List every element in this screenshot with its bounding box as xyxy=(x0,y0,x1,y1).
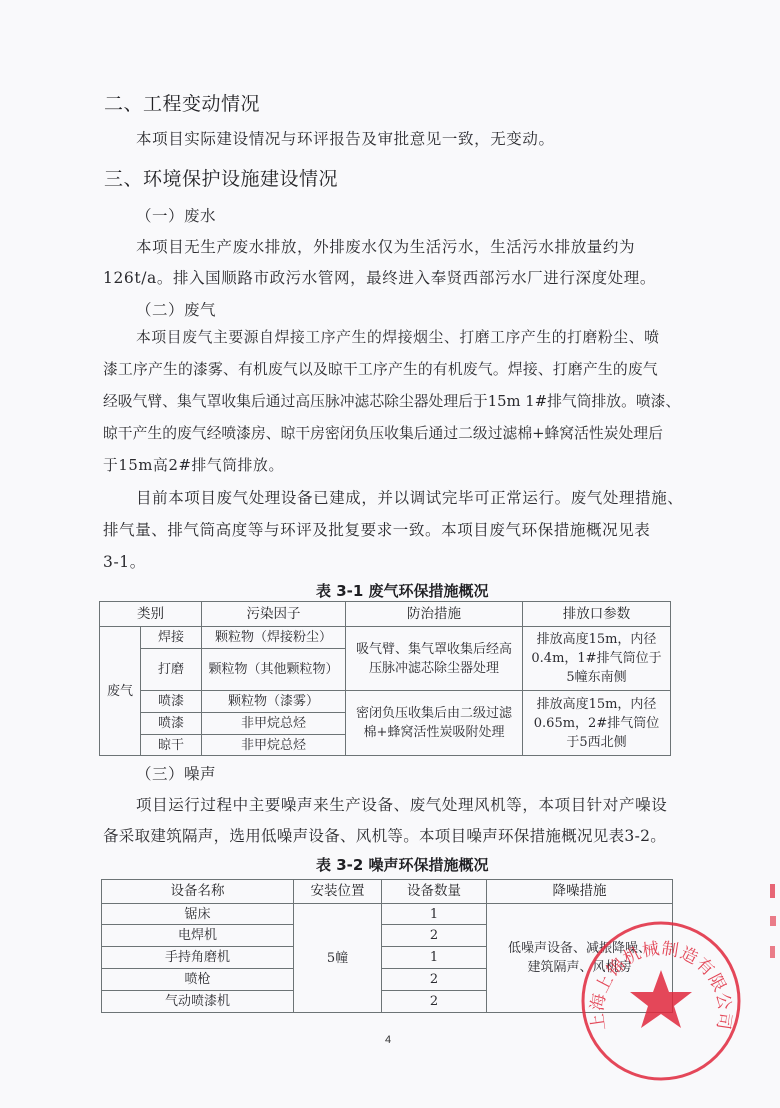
waste-gas-p1-line-3: 经吸气臂、集气罩收集后通过高压脉冲滤芯除尘器处理后于15m 1#排气筒排放。喷漆… xyxy=(103,390,680,411)
waste-gas-subheading: （二）废气 xyxy=(136,298,216,320)
process-cell: 喷漆 xyxy=(141,713,202,735)
process-cell: 喷漆 xyxy=(141,691,202,713)
waste-gas-p1-line-1: 本项目废气主要源自焊接工序产生的焊接烟尘、打磨工序产生的打磨粉尘、喷 xyxy=(136,326,660,347)
equipment-cell: 喷枪 xyxy=(102,969,294,991)
waste-gas-p1-line-2: 漆工序产生的漆雾、有机废气以及晾干工序产生的有机废气。焊接、打磨产生的废气 xyxy=(103,358,658,379)
process-cell: 焊接 xyxy=(141,627,202,649)
measure-cell: 密闭负压收集后由二级过滤棉+蜂窝活性炭吸附处理 xyxy=(346,691,523,756)
equipment-cell: 气动喷漆机 xyxy=(102,991,294,1013)
measure-cell: 吸气臂、集气罩收集后经高压脉冲滤芯除尘器处理 xyxy=(346,627,523,691)
equipment-cell: 锯床 xyxy=(102,904,294,925)
outlet-cell: 排放高度15m，内径0.65m，2#排气筒位于5西北侧 xyxy=(523,691,671,756)
table-header-row: 设备名称 安装位置 设备数量 降噪措施 xyxy=(102,880,673,904)
wastewater-subheading: （一）废水 xyxy=(136,204,216,226)
pollutant-cell: 非甲烷总烃 xyxy=(202,713,346,735)
process-cell: 打磨 xyxy=(141,649,202,691)
header-quantity: 设备数量 xyxy=(382,880,487,904)
pollutant-cell: 颗粒物（焊接粉尘） xyxy=(202,627,346,649)
section-2-body: 本项目实际建设情况与环评报告及审批意见一致，无变动。 xyxy=(136,127,555,149)
page-number: 4 xyxy=(385,1034,391,1046)
header-equipment: 设备名称 xyxy=(102,880,294,904)
quantity-cell: 2 xyxy=(382,991,487,1013)
waste-gas-measures-table: 类别 污染因子 防治措施 排放口参数 废气 焊接 颗粒物（焊接粉尘） 吸气臂、集… xyxy=(99,601,671,756)
header-measure: 防治措施 xyxy=(346,602,523,627)
pollutant-cell: 颗粒物（漆雾） xyxy=(202,691,346,713)
table-row: 喷漆 颗粒物（漆雾） 密闭负压收集后由二级过滤棉+蜂窝活性炭吸附处理 排放高度1… xyxy=(100,691,671,713)
header-category: 类别 xyxy=(100,602,202,627)
cross-page-seal-fragment xyxy=(770,880,780,980)
document-page: 二、工程变动情况 本项目实际建设情况与环评报告及审批意见一致，无变动。 三、环境… xyxy=(0,0,780,1108)
waste-gas-p2-line-2: 排气量、排气筒高度等与环评及批复要求一致。本项目废气环保措施概况见表 xyxy=(103,518,650,540)
category-cell: 废气 xyxy=(100,627,141,756)
waste-gas-p1-line-4: 晾干产生的废气经喷漆房、晾干房密闭负压收集后通过二级过滤棉+蜂窝活性炭处理后 xyxy=(103,422,663,443)
table-row: 废气 焊接 颗粒物（焊接粉尘） 吸气臂、集气罩收集后经高压脉冲滤芯除尘器处理 排… xyxy=(100,627,671,649)
quantity-cell: 2 xyxy=(382,969,487,991)
noise-line-2: 备采取建筑隔声，选用低噪声设备、风机等。本项目噪声环保措施概况见表3-2。 xyxy=(103,824,666,846)
equipment-cell: 电焊机 xyxy=(102,925,294,947)
process-cell: 晾干 xyxy=(141,735,202,756)
quantity-cell: 1 xyxy=(382,904,487,925)
equipment-cell: 手持角磨机 xyxy=(102,947,294,969)
header-outlet: 排放口参数 xyxy=(523,602,671,627)
noise-line-1: 项目运行过程中主要噪声来生产设备、废气处理风机等，本项目针对产噪设 xyxy=(136,793,667,815)
wastewater-line-2: 126t/a。排入国顺路市政污水管网，最终进入奉贤西部污水厂进行深度处理。 xyxy=(103,266,656,288)
section-2-heading: 二、工程变动情况 xyxy=(104,89,260,116)
quantity-cell: 1 xyxy=(382,947,487,969)
pollutant-cell: 颗粒物（其他颗粒物） xyxy=(202,649,346,691)
header-location: 安装位置 xyxy=(294,880,382,904)
location-cell: 5幢 xyxy=(294,904,382,1013)
table-header-row: 类别 污染因子 防治措施 排放口参数 xyxy=(100,602,671,627)
waste-gas-p2-line-1: 目前本项目废气处理设备已建成，并以调试完毕可正常运行。废气处理措施、 xyxy=(136,486,683,508)
table-3-2-caption: 表 3-2 噪声环保措施概况 xyxy=(316,854,489,875)
waste-gas-p2-line-3: 3-1。 xyxy=(103,550,146,572)
quantity-cell: 2 xyxy=(382,925,487,947)
noise-subheading: （三）噪声 xyxy=(136,762,216,784)
waste-gas-p1-line-5: 于15m高2#排气筒排放。 xyxy=(103,454,284,475)
company-seal-icon: 上海上锦机械制造有限公司 xyxy=(578,918,744,1084)
header-noise-measure: 降噪措施 xyxy=(487,880,673,904)
pollutant-cell: 非甲烷总烃 xyxy=(202,735,346,756)
section-3-heading: 三、环境保护设施建设情况 xyxy=(104,164,338,191)
wastewater-line-1: 本项目无生产废水排放，外排废水仅为生活污水，生活污水排放量约为 xyxy=(136,235,635,257)
table-3-1-caption: 表 3-1 废气环保措施概况 xyxy=(316,580,489,601)
outlet-cell: 排放高度15m，内径0.4m，1#排气筒位于5幢东南侧 xyxy=(523,627,671,691)
header-pollutant: 污染因子 xyxy=(202,602,346,627)
